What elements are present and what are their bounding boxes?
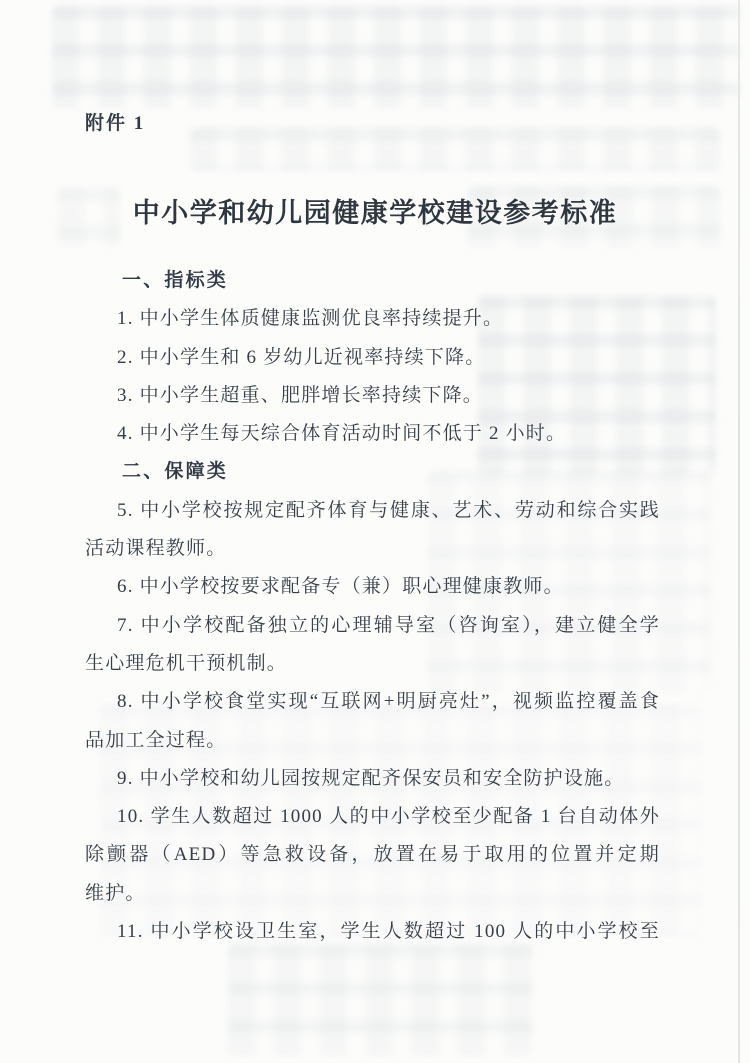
attachment-label: 附件 1 [85,108,145,135]
document-line: 5. 中小学校按规定配齐体育与健康、艺术、劳动和综合实践 [85,492,660,530]
document-line: 品加工全过程。 [85,722,660,760]
section-heading: 一、指标类 [85,262,660,300]
document-line: 9. 中小学校和幼儿园按规定配齐保安员和安全防护设施。 [85,760,660,798]
document-line: 10. 学生人数超过 1000 人的中小学校至少配备 1 台自动体外 [85,798,660,836]
document-line: 11. 中小学校设卫生室，学生人数超过 100 人的中小学校至 [85,913,660,951]
document-line: 维护。 [85,875,660,913]
document-line: 生心理危机干预机制。 [85,645,660,683]
document-line: 4. 中小学生每天综合体育活动时间不低于 2 小时。 [85,415,660,453]
document-line: 3. 中小学生超重、肥胖增长率持续下降。 [85,377,660,415]
bleed-through-artifact [52,6,740,108]
document-line: 7. 中小学校配备独立的心理辅导室（咨询室），建立健全学 [85,607,660,645]
section-heading: 二、保障类 [85,453,660,491]
bleed-through-artifact [190,128,720,170]
bleed-through-artifact [228,944,533,1056]
document-line: 活动课程教师。 [85,530,660,568]
document-line: 8. 中小学校食堂实现“互联网+明厨亮灶”，视频监控覆盖食 [85,683,660,721]
document-body: 一、指标类1. 中小学生体质健康监测优良率持续提升。2. 中小学生和 6 岁幼儿… [85,262,660,951]
scan-edge-line [738,0,740,1063]
document-line: 6. 中小学校按要求配备专（兼）职心理健康教师。 [85,568,660,606]
document-title: 中小学和幼儿园健康学校建设参考标准 [0,191,750,230]
scanned-document-page: 附件 1 中小学和幼儿园健康学校建设参考标准 一、指标类1. 中小学生体质健康监… [0,0,750,1063]
document-line: 2. 中小学生和 6 岁幼儿近视率持续下降。 [85,339,660,377]
document-line: 除颤器（AED）等急救设备，放置在易于取用的位置并定期 [85,836,660,874]
document-line: 1. 中小学生体质健康监测优良率持续提升。 [85,300,660,338]
